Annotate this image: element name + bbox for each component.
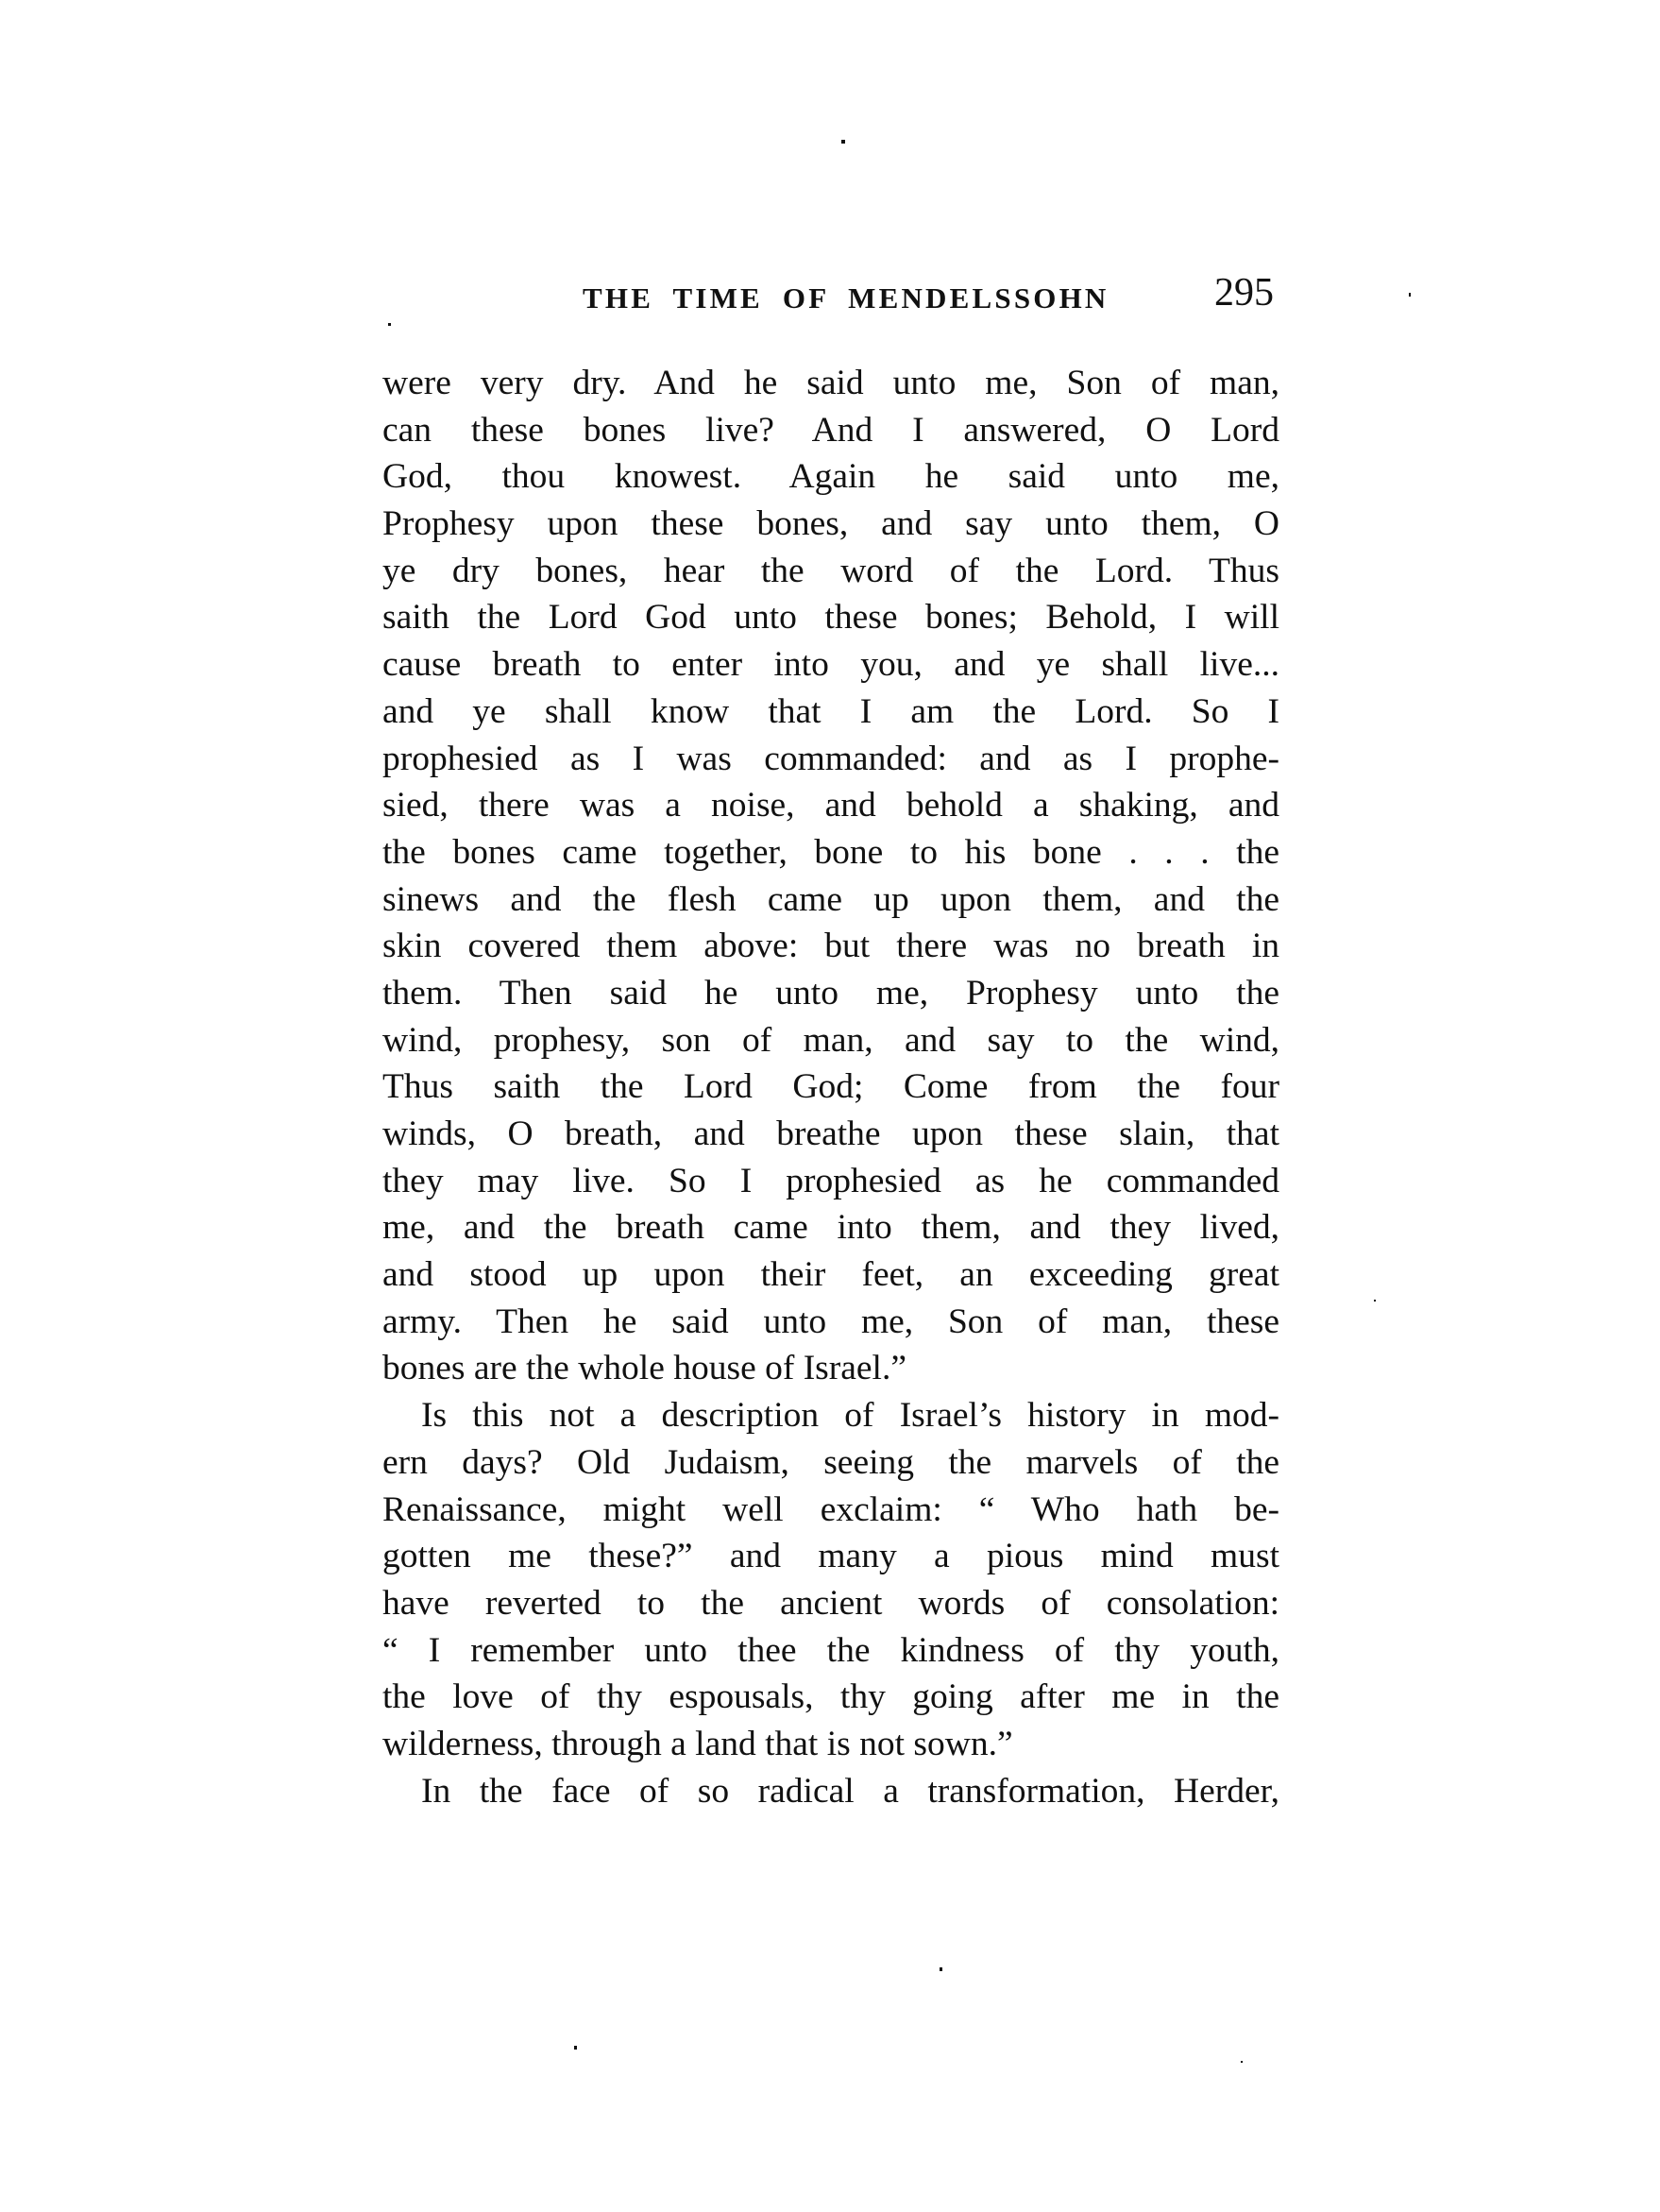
text-line: wind, prophesy, son of man, and say to t… — [382, 1017, 1279, 1064]
text-line: Thus saith the Lord God; Come from the f… — [382, 1063, 1279, 1111]
paragraph-first-line: Is this not a description of Israel’s hi… — [382, 1392, 1279, 1439]
text-line: skin covered them above: but there was n… — [382, 923, 1279, 970]
scan-speck — [940, 1967, 942, 1971]
scan-speck — [388, 323, 391, 326]
scan-speck — [1409, 293, 1411, 297]
text-line: wilderness, through a land that is not s… — [382, 1721, 1279, 1768]
text-line: they may live. So I prophesied as he com… — [382, 1158, 1279, 1205]
text-line: Renaissance, might well exclaim: “ Who h… — [382, 1487, 1279, 1534]
running-head-title: THE TIME OF MENDELSSOHN — [583, 280, 1109, 316]
text-line: God, thou knowest. Again he said unto me… — [382, 453, 1279, 501]
text-line: ye dry bones, hear the word of the Lord.… — [382, 548, 1279, 595]
scan-speck — [841, 140, 845, 144]
text-line: me, and the breath came into them, and t… — [382, 1204, 1279, 1251]
text-line: and stood up upon their feet, an exceedi… — [382, 1251, 1279, 1299]
book-page: THE TIME OF MENDELSSOHN 295 were very dr… — [0, 0, 1660, 2212]
text-line: the love of thy espousals, thy going aft… — [382, 1674, 1279, 1721]
text-line: the bones came together, bone to his bon… — [382, 829, 1279, 876]
text-line: winds, O breath, and breathe upon these … — [382, 1111, 1279, 1158]
text-line: Prophesy upon these bones, and say unto … — [382, 501, 1279, 548]
text-line: “ I remember unto thee the kindness of t… — [382, 1627, 1279, 1675]
text-line: them. Then said he unto me, Prophesy unt… — [382, 970, 1279, 1017]
text-line: were very dry. And he said unto me, Son … — [382, 360, 1279, 407]
text-line: have reverted to the ancient words of co… — [382, 1580, 1279, 1627]
scan-speck — [574, 2046, 577, 2050]
page-number: 295 — [1214, 270, 1274, 315]
body-text: were very dry. And he said unto me, Son … — [382, 360, 1279, 1814]
scan-speck — [1241, 2061, 1243, 2063]
text-line: army. Then he said unto me, Son of man, … — [382, 1299, 1279, 1346]
text-line: can these bones live? And I answered, O … — [382, 407, 1279, 454]
text-line: prophesied as I was commanded: and as I … — [382, 736, 1279, 783]
paragraph-first-line: In the face of so radical a transformati… — [382, 1768, 1279, 1815]
text-line: sinews and the flesh came up upon them, … — [382, 876, 1279, 924]
text-line: saith the Lord God unto these bones; Beh… — [382, 594, 1279, 641]
text-line: and ye shall know that I am the Lord. So… — [382, 689, 1279, 736]
text-line: ern days? Old Judaism, seeing the marvel… — [382, 1439, 1279, 1487]
text-line: sied, there was a noise, and behold a sh… — [382, 782, 1279, 829]
text-line: cause breath to enter into you, and ye s… — [382, 641, 1279, 689]
scan-speck — [1374, 1300, 1376, 1302]
text-line: gotten me these?” and many a pious mind … — [382, 1533, 1279, 1580]
text-line: bones are the whole house of Israel.” — [382, 1345, 1279, 1392]
